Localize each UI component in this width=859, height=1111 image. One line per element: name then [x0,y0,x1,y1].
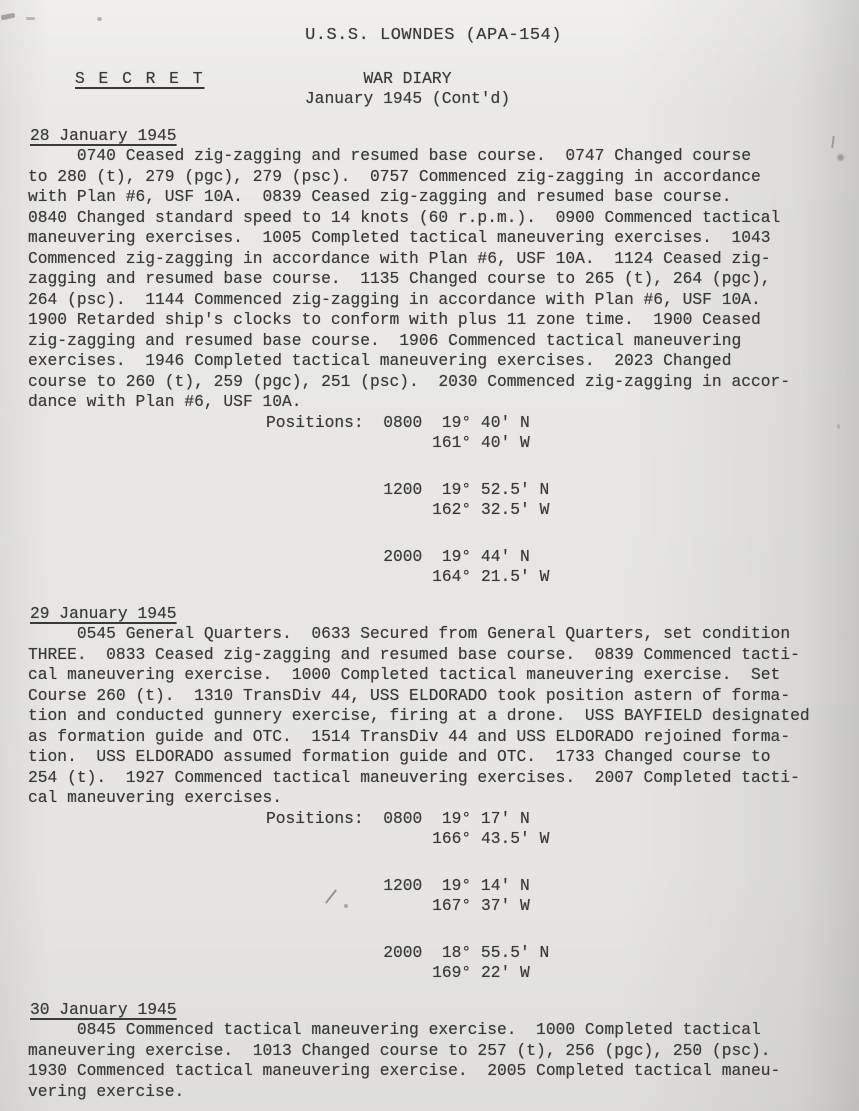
paper-smudge [97,17,102,21]
position-entry: Positions:080019° 40' N 161° 40' W [266,413,839,454]
position-latitude: 19° 40' N [442,413,530,432]
document-titles: WAR DIARY January 1945 (Cont'd) [2,69,813,110]
position-entry: 200019° 44' N 164° 21.5' W [266,547,839,588]
date-heading: 29 January 1945 [30,604,177,625]
position-time: 2000 [383,943,442,964]
position-time: 2000 [383,547,442,568]
date-heading-row: 28 January 1945 [30,126,839,147]
position-time: 0800 [383,809,442,830]
document-subtitle: January 1945 (Cont'd) [2,89,813,110]
date-heading-row: 29 January 1945 [30,604,839,625]
position-longitude: 169° 22' W [432,963,839,984]
diary-section-30-january: 30 January 1945 0845 Commenced tactical … [28,1000,839,1103]
position-time: 1200 [383,876,442,897]
position-longitude: 162° 32.5' W [432,500,839,521]
document-header: S E C R E T WAR DIARY January 1945 (Cont… [28,69,839,110]
position-longitude: 167° 37' W [432,896,839,917]
position-longitude: 166° 43.5' W [432,829,839,850]
position-entry: 200018° 55.5' N 169° 22' W [266,943,839,984]
document-page: U.S.S. LOWNDES (APA-154) S E C R E T WAR… [0,0,859,1111]
position-latitude: 19° 52.5' N [442,480,549,499]
positions-label: Positions: [266,809,383,830]
date-heading-row: 30 January 1945 [30,1000,839,1021]
position-entry: Positions:080019° 17' N 166° 43.5' W [266,809,839,850]
position-latitude: 19° 44' N [442,547,530,566]
date-heading: 30 January 1945 [30,1000,177,1021]
position-entry: 120019° 14' N 167° 37' W [266,876,839,917]
paper-smudge [1,13,16,21]
position-longitude: 161° 40' W [432,433,839,454]
paper-smudge [26,17,35,20]
positions-block: Positions:080019° 40' N 161° 40' W 12001… [266,413,839,588]
diary-entry-text: 0740 Ceased zig-zagging and resumed base… [28,146,839,413]
war-diary-title: WAR DIARY [2,69,813,90]
diary-section-28-january: 28 January 1945 0740 Ceased zig-zagging … [28,126,839,588]
position-latitude: 18° 55.5' N [442,943,549,962]
position-latitude: 19° 17' N [442,809,530,828]
diary-section-29-january: 29 January 1945 0545 General Quarters. 0… [28,604,839,984]
position-time: 1200 [383,480,442,501]
position-entry: 120019° 52.5' N 162° 32.5' W [266,480,839,521]
positions-label: Positions: [266,413,383,434]
ship-title: U.S.S. LOWNDES (APA-154) [28,26,839,47]
position-longitude: 164° 21.5' W [432,567,839,588]
diary-entry-text: 0845 Commenced tactical maneuvering exer… [28,1020,839,1102]
position-time: 0800 [383,413,442,434]
position-latitude: 19° 14' N [442,876,530,895]
positions-block: Positions:080019° 17' N 166° 43.5' W 120… [266,809,839,984]
diary-entry-text: 0545 General Quarters. 0633 Secured from… [28,624,839,809]
date-heading: 28 January 1945 [30,126,177,147]
